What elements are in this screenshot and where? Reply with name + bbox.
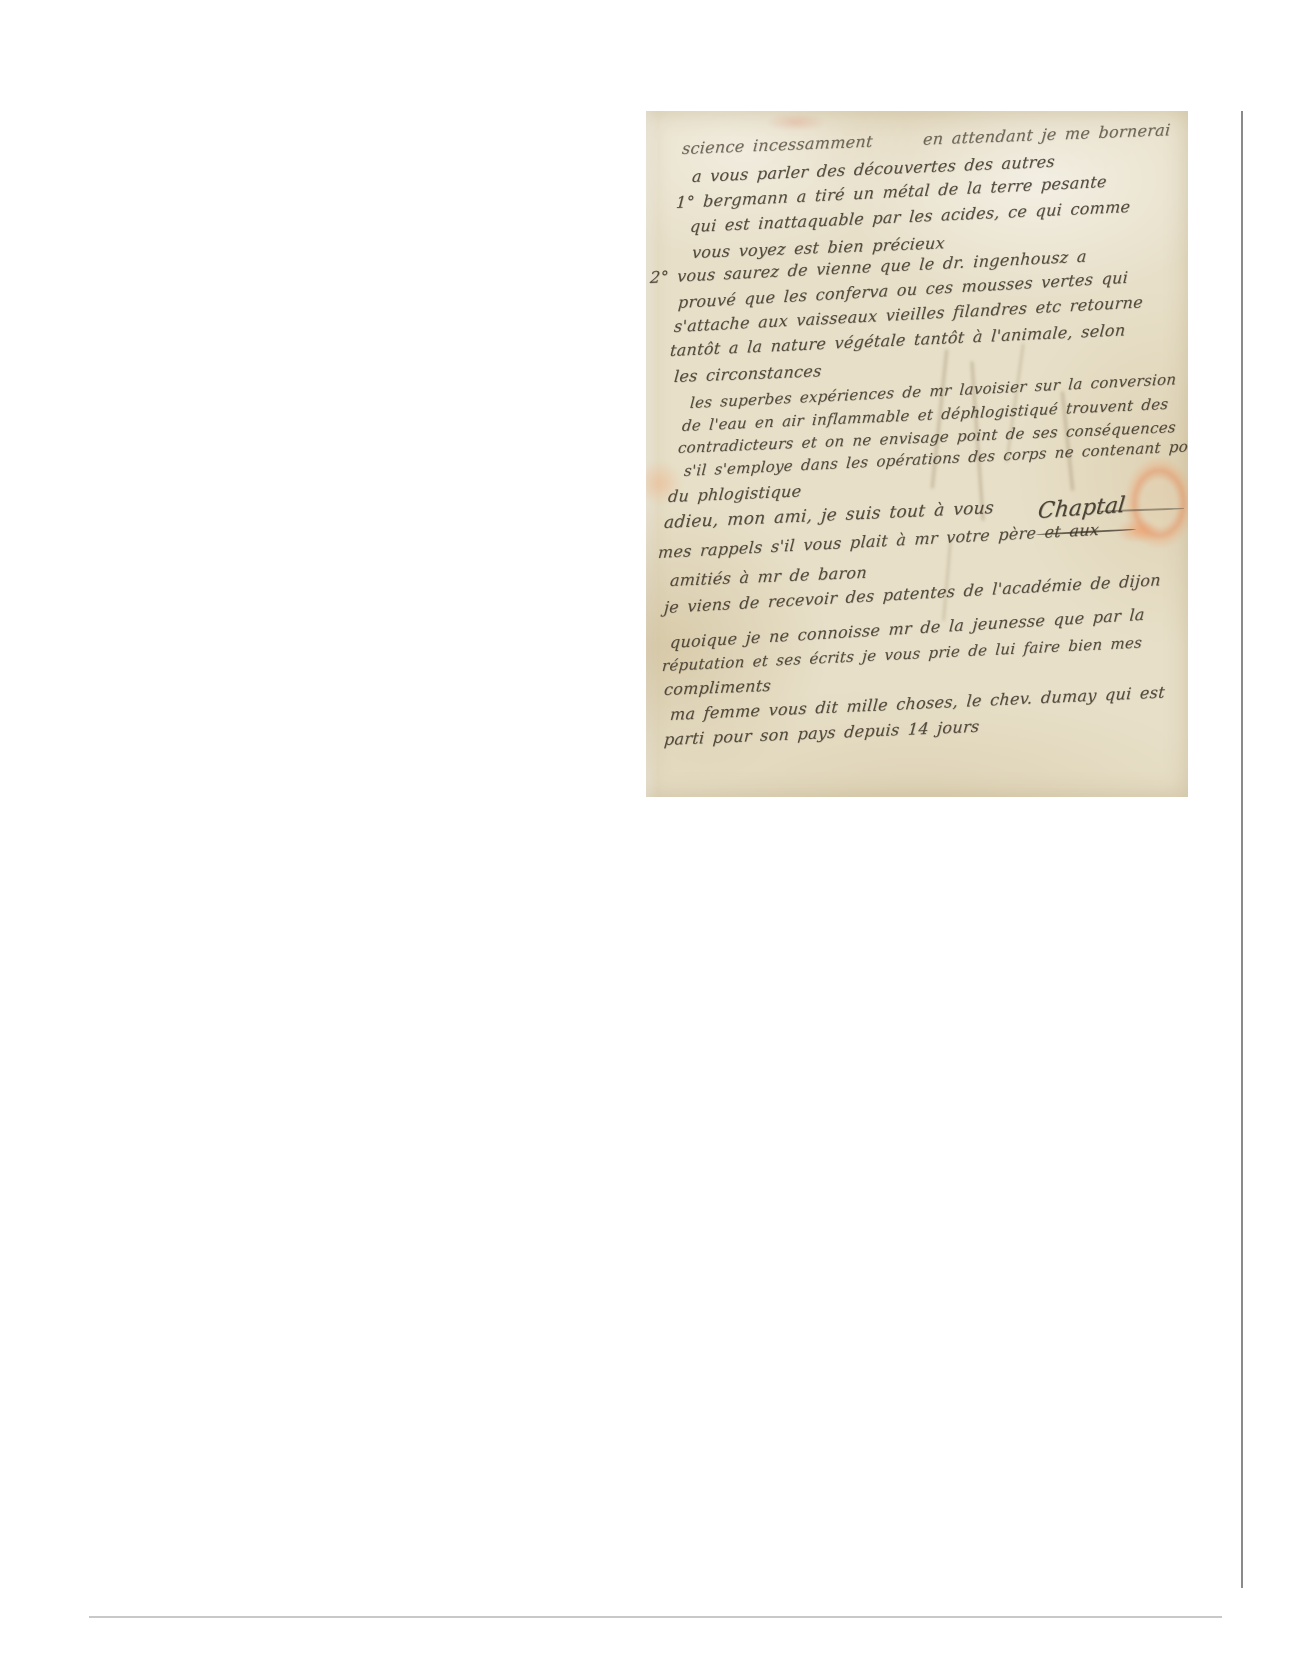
manuscript-line: les circonstances xyxy=(673,361,822,387)
manuscript-line: amitiés à mr de baron xyxy=(669,563,868,591)
manuscript-line: compliments xyxy=(663,676,772,700)
manuscript-line: science incessamment en attendant je me … xyxy=(681,120,1171,159)
signature: Chaptal xyxy=(1037,493,1127,524)
manuscript-line: du phlogistique xyxy=(667,481,802,507)
wax-seal-stain-smudge xyxy=(1116,519,1160,543)
wax-seal-stain xyxy=(1124,457,1188,549)
vertical-divider-line xyxy=(1241,111,1243,1588)
manuscript-scan[interactable]: science incessamment en attendant je me … xyxy=(646,111,1188,797)
horizontal-divider-line xyxy=(89,1616,1222,1618)
foxing-spot xyxy=(766,113,826,131)
page-background: science incessamment en attendant je me … xyxy=(0,0,1301,1672)
